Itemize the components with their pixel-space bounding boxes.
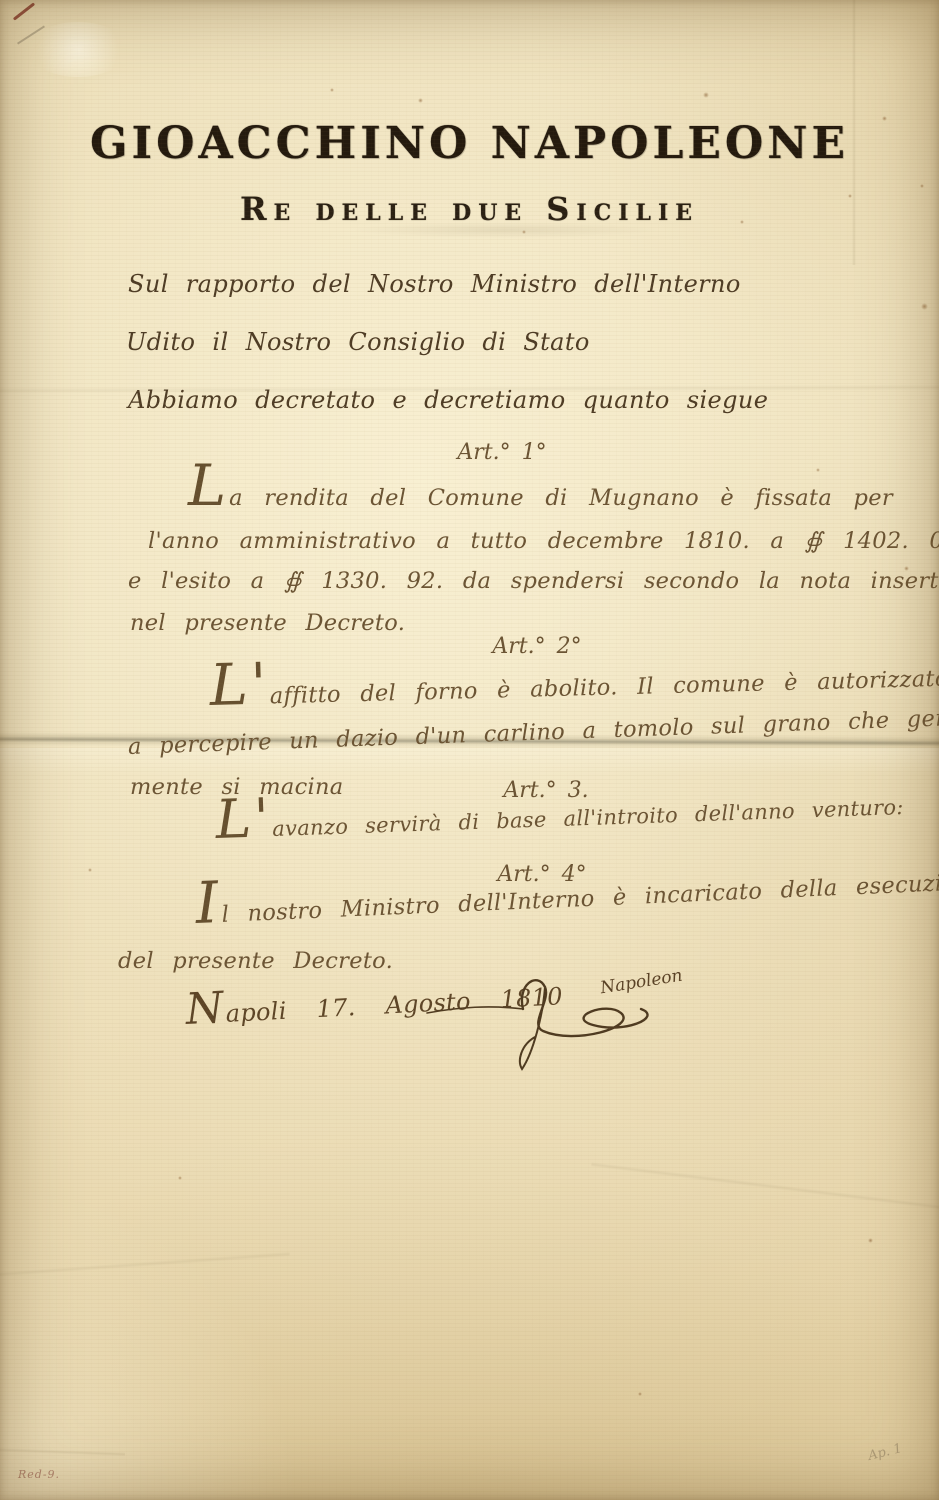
- article-heading: Art.° 4°: [497, 864, 586, 886]
- manuscript-line: L'affitto del forno è abolito. Il comune…: [210, 667, 939, 710]
- manuscript-line: del presente Decreto.: [118, 950, 393, 973]
- foxing-spot: [330, 88, 334, 92]
- article-heading: Art.° 2°: [492, 636, 581, 658]
- document-page: GIOACCHINO NAPOLEONE Re delle due Sicili…: [0, 0, 939, 1500]
- foxing-spot: [921, 303, 928, 310]
- manuscript-line: e l'esito a ∯ 1330. 92. da spendersi sec…: [128, 570, 939, 593]
- foxing-spot: [868, 1238, 873, 1243]
- faint-crease: [591, 1162, 939, 1213]
- article-heading: Art.° 3.: [503, 780, 588, 802]
- red-check-mark: [13, 2, 35, 20]
- faint-crease: [0, 1448, 125, 1457]
- annotation-bottom-right: Ap. 1: [867, 1441, 904, 1464]
- manuscript-line: La rendita del Comune di Mugnano è fissa…: [188, 486, 893, 510]
- foxing-spot: [920, 184, 924, 188]
- foxing-spot: [638, 1392, 642, 1396]
- foxing-spot: [418, 98, 423, 103]
- foxing-spot: [178, 1176, 182, 1180]
- letterhead-title: GIOACCHINO NAPOLEONE: [0, 118, 939, 169]
- manuscript-line: nel presente Decreto.: [130, 612, 405, 635]
- manuscript-line: l'anno amministrativo a tutto decembre 1…: [148, 530, 939, 553]
- foxing-spot: [703, 92, 709, 98]
- foxing-spot: [816, 468, 820, 472]
- foxing-spot: [88, 868, 92, 872]
- preamble-line: Abbiamo decretato e decretiamo quanto si…: [128, 388, 768, 412]
- signature-flourish: [425, 965, 715, 1075]
- preamble-line: Sul rapporto del Nostro Ministro dell'In…: [128, 272, 741, 296]
- annotation-bottom-left: Red-9.: [18, 1468, 60, 1481]
- letterhead-subtitle: Re delle due Sicilie: [0, 190, 939, 228]
- paper-light-patch: [28, 22, 128, 77]
- foxing-spot: [522, 230, 526, 234]
- faint-crease: [0, 1252, 290, 1278]
- preamble-line: Udito il Nostro Consiglio di Stato: [126, 330, 590, 354]
- article-heading: Art.° 1°: [457, 442, 546, 464]
